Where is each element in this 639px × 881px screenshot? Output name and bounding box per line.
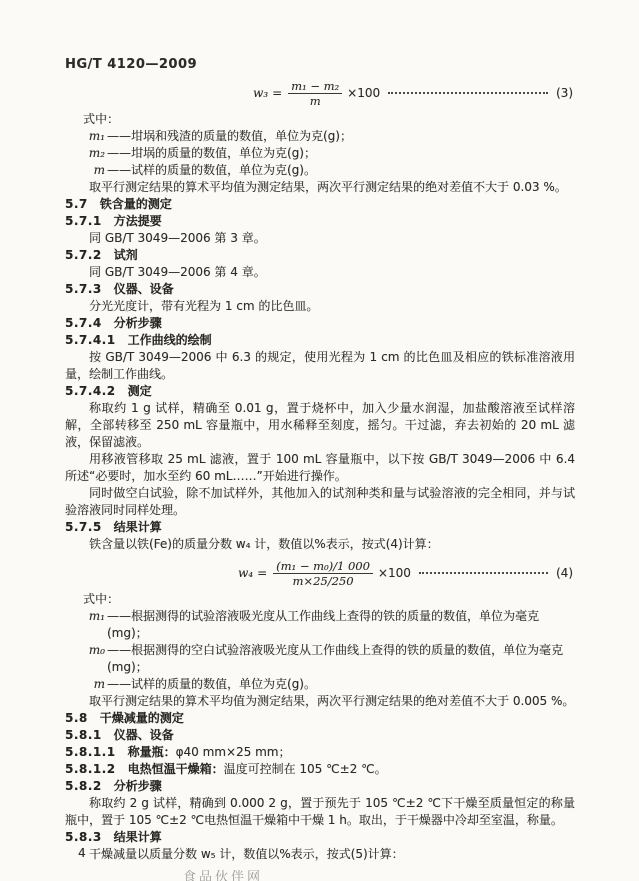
heading-title: 工作曲线的绘制 bbox=[128, 333, 212, 347]
symbol-text: ——根据测得的试验溶液吸光度从工作曲线上查得的铁的质量的数值，单位为毫克(mg)… bbox=[107, 608, 575, 642]
symbol-term: m₀ bbox=[73, 642, 107, 676]
symbol-definition-m1: m₁ ——根据测得的试验溶液吸光度从工作曲线上查得的铁的质量的数值，单位为毫克(… bbox=[65, 608, 575, 642]
symbol-term: m bbox=[73, 676, 107, 693]
heading-number: 5.7.5 bbox=[65, 520, 102, 534]
heading-number: 5.7.3 bbox=[65, 282, 102, 296]
heading-number: 5.8.1.1 bbox=[65, 745, 116, 759]
section-heading-5-8-1-2: 5.8.1.2电热恒温干燥箱：温度可控制在 105 ℃±2 ℃。 bbox=[65, 761, 575, 778]
section-heading-5-7-5: 5.7.5结果计算 bbox=[65, 519, 575, 536]
symbol-definition-m2: m₂ ——坩埚的质量的数值，单位为克(g)； bbox=[65, 145, 575, 162]
section-heading-5-7: 5.7铁含量的测定 bbox=[65, 196, 575, 213]
where-label: 式中： bbox=[65, 111, 575, 128]
section-heading-5-8: 5.8干燥减量的测定 bbox=[65, 710, 575, 727]
paragraph: 用移液管移取 25 mL 滤液，置于 100 mL 容量瓶中，以下按 GB/T … bbox=[65, 451, 575, 485]
heading-title: 方法提要 bbox=[114, 214, 162, 228]
equation-3-lhs: w₃ bbox=[253, 85, 268, 102]
heading-title: 仪器、设备 bbox=[114, 282, 174, 296]
section-heading-5-8-2: 5.8.2分析步骤 bbox=[65, 778, 575, 795]
section-heading-5-8-3: 5.8.3结果计算 bbox=[65, 829, 575, 846]
section-heading-5-7-2: 5.7.2试剂 bbox=[65, 247, 575, 264]
section-heading-5-7-3: 5.7.3仪器、设备 bbox=[65, 281, 575, 298]
equation-4: w₄ = (m₁ − m₀)/1 000 m×25/250 ×100 (4) bbox=[65, 558, 575, 588]
symbol-text: ——坩埚和残渣的质量的数值，单位为克(g)； bbox=[107, 128, 575, 145]
symbol-term: m bbox=[73, 162, 107, 179]
section-heading-5-7-4-2: 5.7.4.2测定 bbox=[65, 383, 575, 400]
heading-spec: 温度可控制在 105 ℃±2 ℃。 bbox=[224, 762, 387, 776]
heading-number: 5.7.1 bbox=[65, 214, 102, 228]
symbol-definition-m0: m₀ ——根据测得的空白试验溶液吸光度从工作曲线上查得的铁的质量的数值，单位为毫… bbox=[65, 642, 575, 676]
page-number: 4 bbox=[78, 845, 86, 862]
standard-number-header: HG/T 4120—2009 bbox=[65, 56, 575, 73]
fraction-numerator: m₁ − m₂ bbox=[288, 79, 342, 94]
heading-number: 5.8 bbox=[65, 711, 88, 725]
heading-term: 电热恒温干燥箱： bbox=[128, 762, 224, 776]
equation-3-label: (3) bbox=[556, 85, 573, 102]
heading-title: 仪器、设备 bbox=[114, 728, 174, 742]
multiplier: ×100 bbox=[347, 85, 380, 102]
heading-title: 试剂 bbox=[114, 248, 138, 262]
equation-4-label: (4) bbox=[556, 565, 573, 582]
paragraph: 铁含量以铁(Fe)的质量分数 w₄ 计，数值以%表示，按式(4)计算： bbox=[65, 536, 575, 553]
heading-number: 5.8.1 bbox=[65, 728, 102, 742]
watermark-clipped: 食品伙伴网 bbox=[183, 869, 263, 881]
heading-title: 分析步骤 bbox=[114, 316, 162, 330]
heading-number: 5.8.3 bbox=[65, 830, 102, 844]
paragraph: 同时做空白试验，除不加试样外，其他加入的试剂种类和量与试验溶液的完全相同，并与试… bbox=[65, 485, 575, 519]
heading-title: 结果计算 bbox=[114, 830, 162, 844]
symbol-term: m₂ bbox=[73, 145, 107, 162]
section-heading-5-7-4-1: 5.7.4.1工作曲线的绘制 bbox=[65, 332, 575, 349]
fraction: m₁ − m₂ m bbox=[288, 79, 342, 108]
tolerance-note: 取平行测定结果的算术平均值为测定结果，两次平行测定结果的绝对差值不大于 0.03… bbox=[65, 179, 575, 196]
symbol-text: ——根据测得的空白试验溶液吸光度从工作曲线上查得的铁的质量的数值，单位为毫克(m… bbox=[107, 642, 575, 676]
fraction-numerator: (m₁ − m₀)/1 000 bbox=[273, 559, 373, 574]
heading-spec: φ40 mm×25 mm； bbox=[176, 745, 291, 759]
section-heading-5-8-1-1: 5.8.1.1称量瓶：φ40 mm×25 mm； bbox=[65, 744, 575, 761]
section-heading-5-7-1: 5.7.1方法提要 bbox=[65, 213, 575, 230]
symbol-text: ——试样的质量的数值，单位为克(g)。 bbox=[107, 676, 575, 693]
symbol-definition-m: m ——试样的质量的数值，单位为克(g)。 bbox=[65, 162, 575, 179]
heading-title: 结果计算 bbox=[114, 520, 162, 534]
heading-number: 5.7.2 bbox=[65, 248, 102, 262]
fraction-denominator: m bbox=[288, 94, 342, 108]
symbol-text: ——坩埚的质量的数值，单位为克(g)； bbox=[107, 145, 575, 162]
fraction-denominator: m×25/250 bbox=[273, 574, 373, 588]
paragraph: 称取约 1 g 试样，精确至 0.01 g，置于烧杯中，加入少量水润湿，加盐酸溶… bbox=[65, 400, 575, 451]
dot-leader bbox=[388, 92, 548, 94]
where-label: 式中： bbox=[65, 591, 575, 608]
paragraph: 同 GB/T 3049—2006 第 3 章。 bbox=[65, 230, 575, 247]
heading-title: 干燥减量的测定 bbox=[100, 711, 184, 725]
equation-3: w₃ = m₁ − m₂ m ×100 (3) bbox=[65, 78, 575, 108]
heading-number: 5.7.4 bbox=[65, 316, 102, 330]
tolerance-note: 取平行测定结果的算术平均值为测定结果，两次平行测定结果的绝对差值不大于 0.00… bbox=[65, 693, 575, 710]
heading-title: 测定 bbox=[128, 384, 152, 398]
paragraph: 按 GB/T 3049—2006 中 6.3 的规定，使用光程为 1 cm 的比… bbox=[65, 349, 575, 383]
section-heading-5-8-1: 5.8.1仪器、设备 bbox=[65, 727, 575, 744]
heading-title: 铁含量的测定 bbox=[100, 197, 172, 211]
paragraph: 称取约 2 g 试样，精确到 0.000 2 g，置于预先于 105 ℃±2 ℃… bbox=[65, 795, 575, 829]
heading-term: 称量瓶： bbox=[128, 745, 176, 759]
multiplier: ×100 bbox=[378, 565, 411, 582]
paragraph: 干燥减量以质量分数 w₅ 计，数值以%表示，按式(5)计算： bbox=[65, 846, 575, 863]
symbol-definition-m: m ——试样的质量的数值，单位为克(g)。 bbox=[65, 676, 575, 693]
paragraph: 分光光度计，带有光程为 1 cm 的比色皿。 bbox=[65, 298, 575, 315]
equals-sign: = bbox=[257, 565, 267, 582]
symbol-text: ——试样的质量的数值，单位为克(g)。 bbox=[107, 162, 575, 179]
heading-number: 5.8.2 bbox=[65, 779, 102, 793]
document-page: HG/T 4120—2009 w₃ = m₁ − m₂ m ×100 (3) 式… bbox=[0, 0, 639, 881]
equals-sign: = bbox=[272, 85, 282, 102]
section-heading-5-7-4: 5.7.4分析步骤 bbox=[65, 315, 575, 332]
heading-title: 分析步骤 bbox=[114, 779, 162, 793]
symbol-term: m₁ bbox=[73, 128, 107, 145]
fraction: (m₁ − m₀)/1 000 m×25/250 bbox=[273, 559, 373, 588]
heading-number: 5.7.4.1 bbox=[65, 333, 116, 347]
dot-leader bbox=[419, 572, 548, 574]
symbol-definition-m1: m₁ ——坩埚和残渣的质量的数值，单位为克(g)； bbox=[65, 128, 575, 145]
heading-number: 5.7 bbox=[65, 197, 88, 211]
symbol-term: m₁ bbox=[73, 608, 107, 642]
heading-number: 5.8.1.2 bbox=[65, 762, 116, 776]
paragraph: 同 GB/T 3049—2006 第 4 章。 bbox=[65, 264, 575, 281]
heading-number: 5.7.4.2 bbox=[65, 384, 116, 398]
equation-4-lhs: w₄ bbox=[238, 565, 253, 582]
